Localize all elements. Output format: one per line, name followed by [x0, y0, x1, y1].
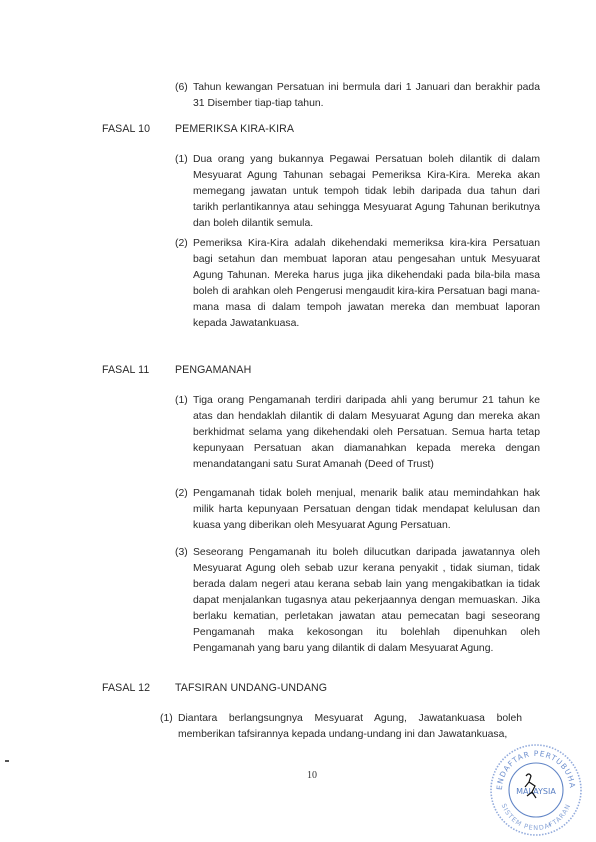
clause-text: Pengamanah tidak boleh menjual, menarik … — [175, 486, 540, 534]
clause-11-3: (3) Seseorang Pengamanah itu boleh diluc… — [175, 545, 540, 657]
section-title-tafsiran-undang-undang: TAFSIRAN UNDANG-UNDANG — [175, 682, 327, 694]
clause-number: (2) — [175, 486, 188, 502]
clause-text: Tiga orang Pengamanah terdiri daripada a… — [175, 393, 540, 473]
clause-text: Dua orang yang bukannya Pegawai Persatua… — [175, 152, 540, 232]
section-label-fasal-10: FASAL 10 — [102, 123, 150, 135]
clause-number: (1) — [175, 393, 188, 409]
section-title-pemeriksa-kira-kira: PEMERIKSA KIRA-KIRA — [175, 123, 294, 135]
clause-text: Tahun kewangan Persatuan ini bermula dar… — [175, 80, 540, 112]
clause-6-continuation: (6) Tahun kewangan Persatuan ini bermula… — [175, 80, 540, 112]
svg-text:PENDAFTAR PERTUBUHAN: PENDAFTAR PERTUBUHAN — [488, 742, 577, 790]
section-label-fasal-11: FASAL 11 — [102, 364, 149, 376]
svg-text:*: * — [548, 822, 552, 830]
clause-number: (1) — [175, 152, 188, 168]
stamp-top-text: PENDAFTAR PERTUBUHAN — [488, 742, 577, 790]
clause-number: (6) — [175, 80, 188, 96]
page-number: 10 — [307, 770, 317, 781]
section-title-pengamanah: PENGAMANAH — [175, 364, 251, 376]
scan-artifact-mark — [5, 760, 9, 762]
clause-10-1: (1) Dua orang yang bukannya Pegawai Pers… — [175, 152, 540, 232]
clause-text: Diantara berlangsungnya Mesyuarat Agung,… — [160, 711, 522, 743]
clause-11-1: (1) Tiga orang Pengamanah terdiri daripa… — [175, 393, 540, 473]
document-page: (6) Tahun kewangan Persatuan ini bermula… — [0, 0, 596, 842]
clause-12-1: (1) Diantara berlangsungnya Mesyuarat Ag… — [160, 711, 522, 743]
section-label-fasal-12: FASAL 12 — [102, 682, 150, 694]
clause-number: (1) — [160, 711, 173, 727]
clause-text: Seseorang Pengamanah itu boleh dilucutka… — [175, 545, 540, 657]
clause-number: (3) — [175, 545, 188, 561]
clause-11-2: (2) Pengamanah tidak boleh menjual, mena… — [175, 486, 540, 534]
official-stamp-icon: PENDAFTAR PERTUBUHAN SISTEM PENDAFTARAN … — [488, 742, 584, 838]
clause-number: (2) — [175, 236, 188, 252]
clause-10-2: (2) Pemeriksa Kira-Kira adalah dikehenda… — [175, 236, 540, 332]
stamp-center-text: MALAYSIA — [516, 787, 556, 796]
clause-text: Pemeriksa Kira-Kira adalah dikehendaki m… — [175, 236, 540, 332]
